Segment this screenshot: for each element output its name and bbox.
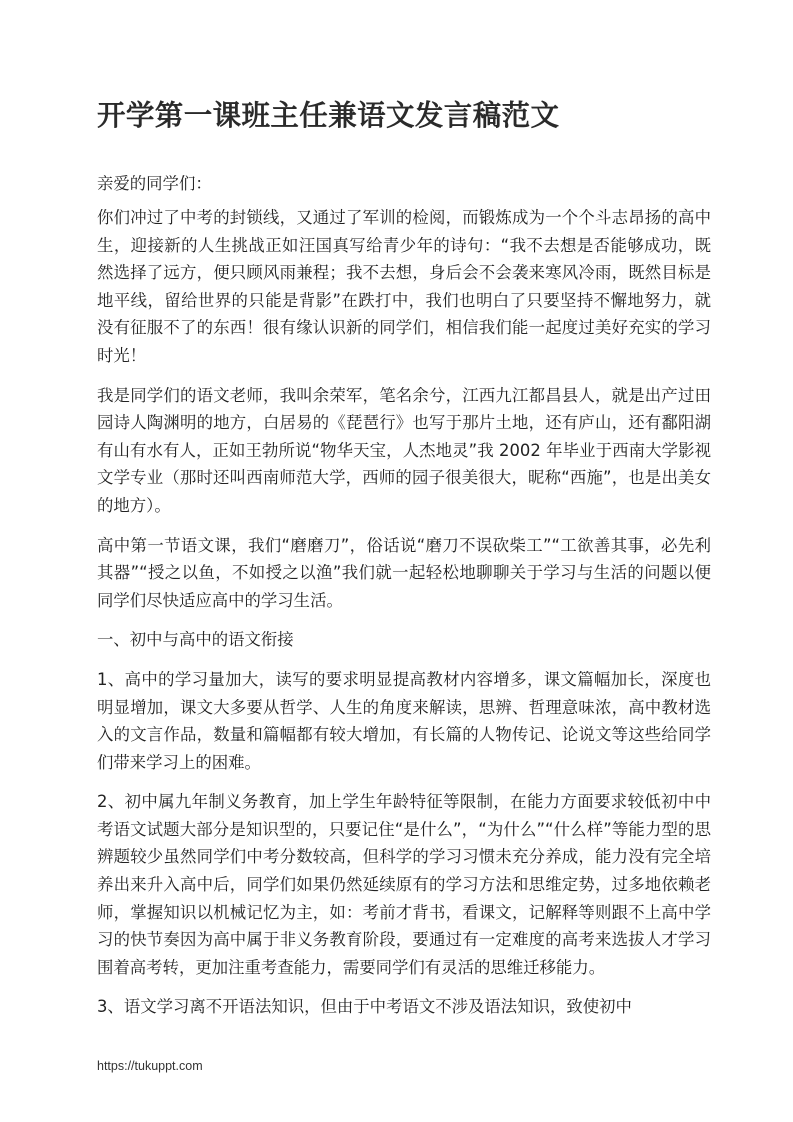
paragraph-point-2: 2、初中属九年制义务教育，加上学生年龄特征等限制，在能力方面要求较低初中中考语文…	[97, 788, 711, 981]
document-title: 开学第一课班主任兼语文发言稿范文	[97, 96, 559, 136]
footer-url-link[interactable]: https://tukuppt.com	[97, 1059, 203, 1073]
paragraph-first-lesson: 高中第一节语文课，我们“磨磨刀”，俗话说“磨刀不误砍柴工”“工欲善其事，必先利其…	[97, 532, 711, 615]
greeting: 亲爱的同学们：	[97, 170, 212, 197]
section-heading: 一、初中与高中的语文衔接	[97, 626, 711, 654]
paragraph-point-1: 1、高中的学习量加大，读写的要求明显提高教材内容增多，课文篇幅加长，深度也明显增…	[97, 666, 711, 776]
paragraph-intro: 你们冲过了中考的封锁线，又通过了军训的检阅，而锻炼成为一个个斗志昂扬的高中生，迎…	[97, 204, 711, 370]
document-body: 你们冲过了中考的封锁线，又通过了军训的检阅，而锻炼成为一个个斗志昂扬的高中生，迎…	[97, 204, 711, 1033]
paragraph-point-3: 3、语文学习离不开语法知识，但由于中考语文不涉及语法知识，致使初中	[97, 993, 711, 1021]
paragraph-self-introduction: 我是同学们的语文老师，我叫余荣军，笔名余兮，江西九江都昌县人，就是出产过田园诗人…	[97, 382, 711, 520]
